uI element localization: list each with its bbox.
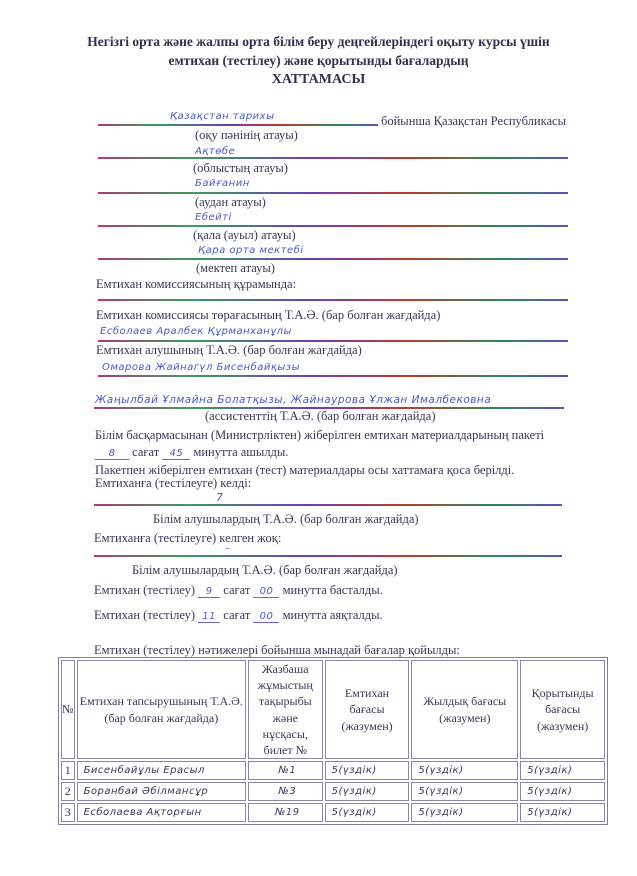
- region-value[interactable]: Ақтөбе: [195, 146, 235, 157]
- ticket-number[interactable]: №1: [248, 761, 323, 780]
- package-minute-label: минутта ашылды.: [193, 445, 288, 459]
- final-grade[interactable]: 5(үздік): [520, 761, 605, 780]
- assistants-caption: (ассистенттің Т.А.Ә. (бар болған жағдайд…: [205, 409, 436, 424]
- end-hour-label: сағат: [223, 608, 250, 622]
- student-name[interactable]: Есболаева Ақторғын: [77, 803, 246, 822]
- final-grade[interactable]: 5(үздік): [520, 782, 605, 801]
- absent-label: Емтиханға (тестілеуге) келген жоқ:: [94, 531, 281, 546]
- package-hour[interactable]: 8: [95, 448, 129, 460]
- student-name[interactable]: Боранбай Әбілмансұр: [77, 782, 246, 801]
- district-value[interactable]: Байғанин: [195, 178, 250, 189]
- city-value[interactable]: Ебейті: [195, 212, 232, 223]
- start-minute[interactable]: 00: [253, 586, 279, 598]
- package-line1: Білім басқармасынан (Министрліктен) жібе…: [95, 428, 544, 443]
- table-row: 2 Боранбай Әбілмансұр №3 5(үздік) 5(үзді…: [61, 782, 605, 801]
- commission-underline: [98, 299, 568, 301]
- col-exam-grade: Емтихан бағасы (жазумен): [325, 660, 410, 759]
- final-grade[interactable]: 5(үздік): [520, 803, 605, 822]
- commission-heading: Емтихан комиссиясының құрамында:: [96, 277, 296, 292]
- end-line: Емтихан (тестілеу) 11 сағат 00 минутта а…: [94, 608, 383, 623]
- region-caption: (облыстың атауы): [193, 161, 288, 176]
- start-suffix: минутта басталды.: [283, 583, 383, 597]
- col-student-name: Емтихан тапсырушының Т.А.Ә. (бар болған …: [77, 660, 246, 759]
- row-number: 3: [61, 803, 75, 822]
- start-hour-label: сағат: [223, 583, 250, 597]
- results-intro: Емтихан (тестілеу) нәтижелері бойынша мы…: [94, 643, 460, 658]
- chair-value[interactable]: Есболаев Аралбек Құрманханұлы: [100, 326, 292, 337]
- examiner-label: Емтихан алушының Т.А.Ә. (бар болған жағд…: [96, 343, 362, 358]
- grades-table: № Емтихан тапсырушының Т.А.Ә. (бар болға…: [58, 657, 608, 825]
- ticket-number[interactable]: №3: [248, 782, 323, 801]
- end-minute[interactable]: 00: [253, 611, 279, 623]
- district-caption: (аудан атауы): [195, 195, 266, 210]
- student-name[interactable]: Бисенбайұлы Ерасыл: [77, 761, 246, 780]
- school-value[interactable]: Қара орта мектебі: [198, 245, 304, 256]
- chair-label: Емтихан комиссиясы төрағасының Т.А.Ә. (б…: [96, 308, 440, 323]
- annual-grade[interactable]: 5(үздік): [411, 803, 518, 822]
- subject-suffix: бойынша Қазақстан Республикасы: [381, 114, 566, 129]
- city-caption: (қала (ауыл) атауы): [193, 228, 296, 243]
- ticket-number[interactable]: №19: [248, 803, 323, 822]
- present-value[interactable]: 7: [216, 491, 224, 504]
- school-caption: (мектеп атауы): [196, 261, 275, 276]
- col-number: №: [61, 660, 75, 759]
- chair-underline: [98, 340, 568, 342]
- document-title-line1: Негізгі орта және жалпы орта білім беру …: [0, 34, 637, 50]
- document-title-line2: емтихан (тестілеу) және қорытынды бағала…: [0, 53, 637, 69]
- document-title-line3: ХАТТАМАСЫ: [0, 72, 637, 88]
- start-line: Емтихан (тестілеу) 9 сағат 00 минутта ба…: [94, 583, 383, 598]
- start-prefix: Емтихан (тестілеу): [94, 583, 195, 597]
- city-underline: [98, 225, 568, 227]
- package-hour-label: сағат: [132, 445, 159, 459]
- annual-grade[interactable]: 5(үздік): [411, 782, 518, 801]
- table-row: 1 Бисенбайұлы Ерасыл №1 5(үздік) 5(үздік…: [61, 761, 605, 780]
- examiner-value[interactable]: Омарова Жайнагүл Бисенбайқызы: [102, 362, 300, 373]
- subject-underline: [98, 124, 378, 126]
- exam-grade[interactable]: 5(үздік): [325, 761, 410, 780]
- subject-value[interactable]: Қазақстан тарихы: [170, 111, 275, 122]
- school-underline: [98, 258, 568, 260]
- exam-grade[interactable]: 5(үздік): [325, 782, 410, 801]
- table-row: 3 Есболаева Ақторғын №19 5(үздік) 5(үзді…: [61, 803, 605, 822]
- exam-grade[interactable]: 5(үздік): [325, 803, 410, 822]
- absent-caption: Білім алушылардың Т.А.Ә. (бар болған жағ…: [132, 563, 398, 578]
- package-opened-line: 8 сағат 45 минутта ашылды.: [95, 445, 288, 460]
- col-annual-grade: Жылдық бағасы (жазумен): [411, 660, 518, 759]
- present-underline: [94, 504, 562, 506]
- absent-value[interactable]: –: [225, 543, 231, 554]
- end-prefix: Емтихан (тестілеу): [94, 608, 195, 622]
- start-hour[interactable]: 9: [198, 586, 220, 598]
- absent-underline: [94, 555, 562, 557]
- table-header-row: № Емтихан тапсырушының Т.А.Ә. (бар болға…: [61, 660, 605, 759]
- annual-grade[interactable]: 5(үздік): [411, 761, 518, 780]
- row-number: 1: [61, 761, 75, 780]
- end-hour[interactable]: 11: [198, 611, 220, 623]
- examiner-underline: [98, 375, 568, 377]
- present-label: Емтиханға (тестілеуге) келді:: [95, 476, 251, 491]
- end-suffix: минутта аяқталды.: [283, 608, 383, 622]
- assistants-value[interactable]: Жаңылбай Ұлмайна Болатқызы, Жайнаурова Ұ…: [95, 394, 491, 406]
- package-minute[interactable]: 45: [162, 448, 190, 460]
- subject-caption: (оқу пәнінің атауы): [195, 128, 298, 143]
- district-underline: [98, 192, 568, 194]
- present-caption: Білім алушылардың Т.А.Ә. (бар болған жағ…: [153, 512, 419, 527]
- row-number: 2: [61, 782, 75, 801]
- region-underline: [98, 157, 568, 159]
- col-final-grade: Қорытынды бағасы (жазумен): [520, 660, 605, 759]
- col-ticket: Жазбаша жұмыстың тақырыбы және нұсқасы, …: [248, 660, 323, 759]
